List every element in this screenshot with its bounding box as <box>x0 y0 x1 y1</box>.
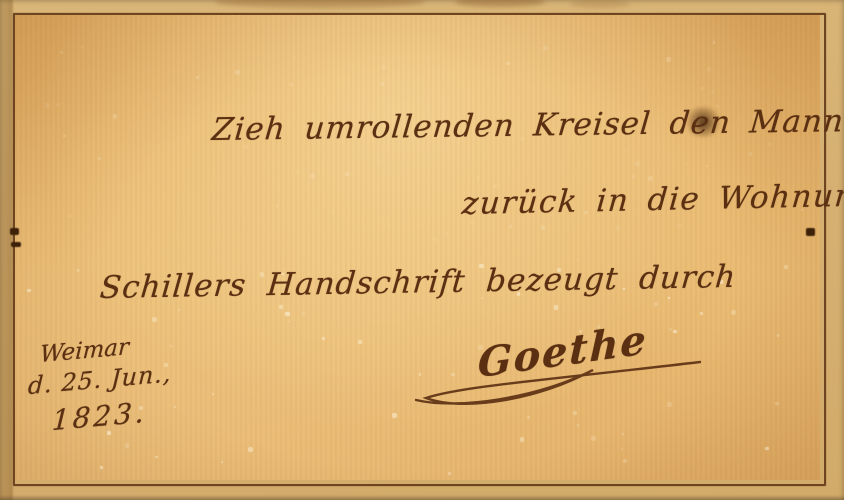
mount-stain <box>455 0 545 7</box>
signature-flourish <box>408 336 708 414</box>
manuscript-photo: Zieh umrollenden Kreisel den Mann mir zu… <box>0 0 844 500</box>
left-edge-ink-mark <box>10 228 19 235</box>
mount-left-shading <box>0 0 14 500</box>
right-edge-ink-mark <box>806 228 815 236</box>
mount-stain <box>215 0 425 8</box>
mount-stain <box>570 0 630 8</box>
mount-bottom-shading <box>0 495 844 500</box>
left-edge-ink-mark <box>11 242 21 247</box>
